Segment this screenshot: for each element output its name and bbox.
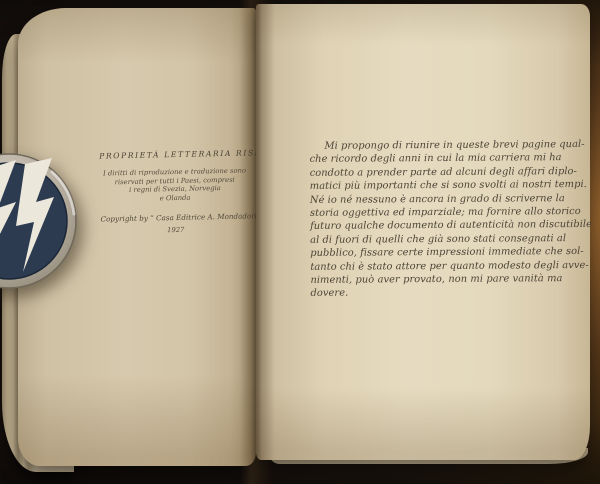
copyright-year: 1927 — [101, 225, 251, 236]
rights-notice-line: e Olanda — [100, 192, 250, 204]
rights-notice: I diritti di riproduzione e traduzione s… — [100, 166, 251, 204]
lightning-bolts-badge-icon — [0, 152, 78, 290]
text-line: pubblico, fissare certe impressioni imme… — [310, 245, 562, 260]
preface-paragraph: Mi propongo di riunire in queste brevi p… — [309, 138, 562, 301]
copyright-block: PROPRIETÀ LETTERARIA RISERVATA I diritti… — [99, 148, 251, 235]
copyright-line: Copyright by “ Casa Editrice A. Mondador… — [100, 212, 250, 224]
right-page: Mi propongo di riunire in queste brevi p… — [256, 4, 590, 460]
rights-heading: PROPRIETÀ LETTERARIA RISERVATA — [99, 148, 249, 160]
text-line: dovere. — [310, 286, 562, 301]
open-book-photo: PROPRIETÀ LETTERARIA RISERVATA I diritti… — [0, 0, 600, 484]
text-line: nimenti, può aver provato, non mi pare v… — [310, 272, 562, 287]
text-line: matici più importanti che si sono svolti… — [310, 178, 562, 193]
